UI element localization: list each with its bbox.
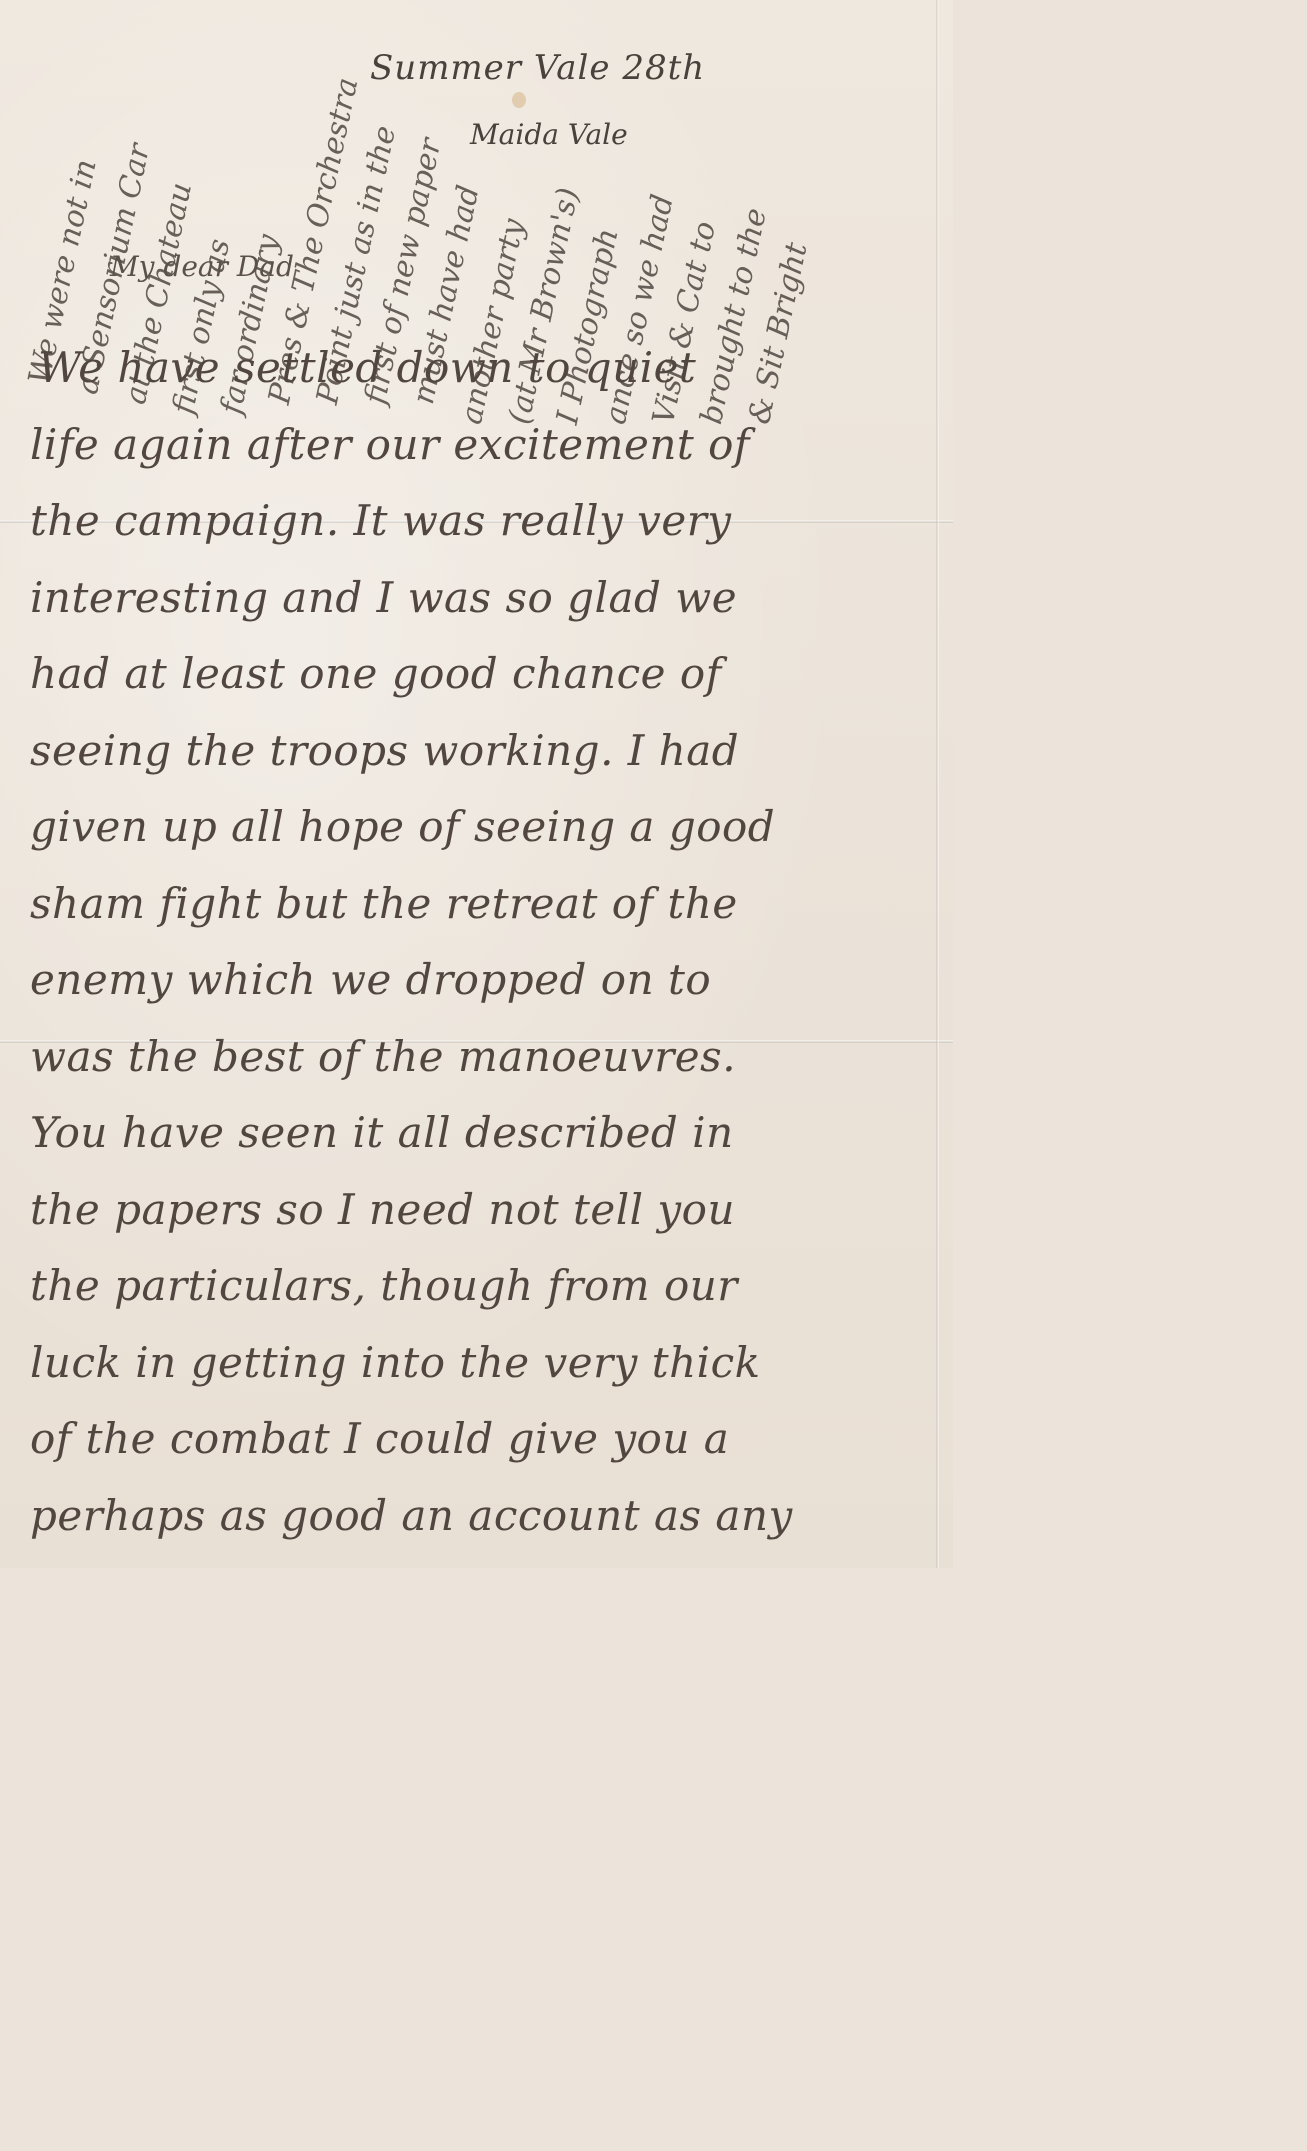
body-line: We have settled down to quiet: [30, 330, 930, 407]
letter-body: We have settled down to quiet life again…: [30, 330, 930, 1568]
body-line: enemy which we dropped on to: [30, 942, 930, 1019]
body-line: of the "own correspondents" - You: [30, 1554, 930, 1568]
body-line: the particulars, though from our: [30, 1248, 930, 1325]
body-line: life again after our excitement of: [30, 407, 930, 484]
fold-crease-vertical: [936, 0, 939, 1568]
body-line: given up all hope of seeing a good: [30, 789, 930, 866]
letter-page: Summer Vale 28th Maida Vale We were not …: [0, 0, 953, 1568]
body-line: luck in getting into the very thick: [30, 1325, 930, 1402]
body-line: had at least one good chance of: [30, 636, 930, 713]
body-line: was the best of the manoeuvres.: [30, 1019, 930, 1096]
body-line: the papers so I need not tell you: [30, 1172, 930, 1249]
body-line: You have seen it all described in: [30, 1095, 930, 1172]
body-line: seeing the troops working. I had: [30, 713, 930, 790]
body-line: the campaign. It was really very: [30, 483, 930, 560]
body-line: sham fight but the retreat of the: [30, 866, 930, 943]
body-line: perhaps as good an account as any: [30, 1478, 930, 1555]
body-line: of the combat I could give you a: [30, 1401, 930, 1478]
salutation: My dear Dad: [110, 250, 294, 283]
body-line: interesting and I was so glad we: [30, 560, 930, 637]
